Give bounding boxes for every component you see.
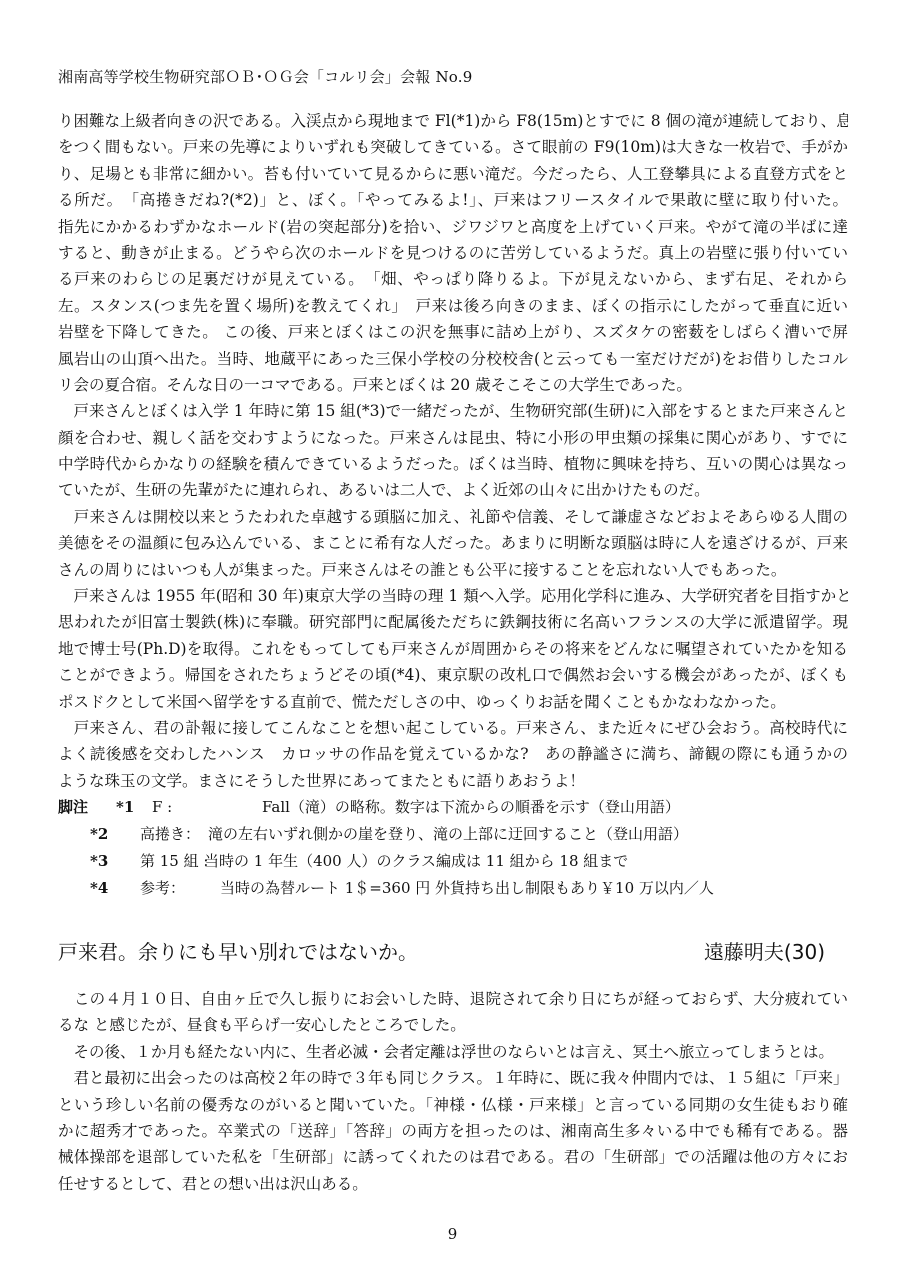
paragraph-line: ことができよう。帰国をされたちょうどその頃(*4)、東京駅の改札口で偶然お会いす… — [58, 662, 848, 688]
footnote-mark: *4 — [90, 875, 140, 902]
footnote-2: *2 高捲き： 滝の左右いずれ側かの崖を登り、滝の上部に迂回すること（登山用語） — [58, 821, 848, 848]
newsletter-page: 湘南高等学校生物研究部ＯＢ･ＯＧ会「コルリ会」会報 No.9 り困難な上級者向き… — [0, 0, 905, 1280]
footnote-3: *3 第 15 組 : 当時の 1 年生（400 人）のクラス編成は 11 組か… — [58, 848, 848, 875]
footnote-text: 当時の為替ルート 1＄=360 円 外貨持ち出し制限もあり￥10 万以内／人 — [220, 875, 714, 902]
paragraph-line: すると、動きが止まる。どうやら次のホールドを見つけるのに苦労しているようだ。真上… — [58, 240, 848, 266]
footnote-term: F : — [152, 794, 262, 821]
paragraph-line: 地で博士号(Ph.D)を取得。これをもってしても戸来さんが周囲からその将来をどん… — [58, 636, 848, 662]
page-number: 9 — [0, 1225, 905, 1243]
paragraph-line: り、足場とも非常に細かい。苔も付いていて見るからに悪い滝だ。今だったら、人工登攀… — [58, 161, 848, 187]
footnote-text: Fall（滝）の略称。数字は下流からの順番を示す（登山用語） — [262, 794, 680, 821]
article-heading: 戸来君。余りにも早い別れではないか。 遠藤明夫(30) — [58, 937, 825, 967]
paragraph-line: をつく間もない。戸来の先導によりいずれも突破してきている。さて眼前の F9(10… — [58, 134, 848, 160]
paragraph-line: 美徳をその温顔に包み込んでいる、まことに希有な人だった。あまりに明断な頭脳は時に… — [58, 530, 848, 556]
paragraph-line: 戸来さん、君の訃報に接してこんなことを想い起こしている。戸来さん、また近々にぜひ… — [58, 715, 848, 741]
paragraph-line: 戸来さんは 1955 年(昭和 30 年)東京大学の当時の理 1 類へ入学。応用… — [58, 583, 848, 609]
paragraph-line: リ会の夏合宿。そんな日の一コマである。戸来とぼくは 20 歳そこそこの大学生であ… — [58, 372, 848, 398]
paragraph-line: る所だ。 「高捲きだね?(*2)」と、ぼく。「やってみるよ!」、戸来はフリースタ… — [58, 187, 848, 213]
footnote-mark: *3 — [90, 848, 140, 875]
footnote-mark: *1 — [116, 794, 152, 821]
footnote-text: 当時の 1 年生（400 人）のクラス編成は 11 組から 18 組まで — [204, 848, 628, 875]
footnote-text: 滝の左右いずれ側かの崖を登り、滝の上部に迂回すること（登山用語） — [208, 821, 688, 848]
paragraph-line: かに超秀才であった。卒業式の「送辞」「答辞」の両方を担ったのは、湘南高生多々いる… — [58, 1118, 848, 1144]
newsletter-header: 湘南高等学校生物研究部ＯＢ･ＯＧ会「コルリ会」会報 No.9 — [58, 66, 472, 87]
paragraph-line: 思われたが旧富士製鉄(株)に奉職。研究部門に配属後ただちに鉄鋼技術に名高いフラン… — [58, 609, 848, 635]
paragraph-line: り困難な上級者向きの沢である。入渓点から現地まで Fl(*1)から F8(15m… — [58, 108, 848, 134]
paragraph-line: という珍しい名前の優秀なのがいると聞いていた。「神様・仏様・戸来様」と言っている… — [58, 1092, 848, 1118]
paragraph-line: この４月１０日、自由ヶ丘で久し振りにお会いした時、退院されて余り日にちが経ってお… — [58, 986, 848, 1012]
paragraph-line: 顔を合わせ、親しく話を交わすようになった。戸来さんは昆虫、特に小形の甲虫類の採集… — [58, 425, 848, 451]
paragraph-line: 岩壁を下降してきた。 この後、戸来とぼくはこの沢を無事に詰め上がり、スズタケの密… — [58, 319, 848, 345]
paragraph-line: 械体操部を退部していた私を「生研部」に誘ってくれたのは君である。君の「生研部」で… — [58, 1144, 848, 1170]
paragraph-line: ポスドクとして米国へ留学をする直前で、慌ただしさの中、ゆっくりお話を聞くこともか… — [58, 689, 848, 715]
paragraph-line: るな と感じたが、昼食も平らげ一安心したところでした。 — [58, 1012, 848, 1038]
paragraph-line: 風岩山の山頂へ出た。当時、地蔵平にあった三保小学校の分校校舎(と云っても一室だけ… — [58, 346, 848, 372]
footnote-4: *4 参考： 当時の為替ルート 1＄=360 円 外貨持ち出し制限もあり￥10 … — [58, 875, 848, 902]
paragraph-line: 戸来さんとぼくは入学 1 年時に第 15 組(*3)で一緒だったが、生物研究部(… — [58, 398, 848, 424]
paragraph-line: ていたが、生研の先輩がたに連れられ、あるいは二人で、よく近郊の山々に出かけたもの… — [58, 477, 848, 503]
footnotes: 脚注 *1 F : Fall（滝）の略称。数字は下流からの順番を示す（登山用語）… — [58, 794, 848, 902]
paragraph-line: 中学時代からかなりの経験を積んできているようだった。ぼくは当時、植物に興味を持ち… — [58, 451, 848, 477]
article-memorial-1: り困難な上級者向きの沢である。入渓点から現地まで Fl(*1)から F8(15m… — [58, 108, 848, 902]
article-memorial-2: この４月１０日、自由ヶ丘で久し振りにお会いした時、退院されて余り日にちが経ってお… — [58, 986, 848, 1197]
paragraph-line: 戸来さんは開校以来とうたわれた卓越する頭脳に加え、礼節や信義、そして謙虚さなどお… — [58, 504, 848, 530]
footnote-term: 第 15 組 : — [140, 848, 204, 875]
paragraph-line: 左。スタンス(つま先を置く場所)を教えてくれ」 戸来は後ろ向きのまま、ぼくの指示… — [58, 293, 848, 319]
article-title: 戸来君。余りにも早い別れではないか。 — [58, 937, 418, 967]
paragraph-line: よく読後感を交わしたハンス カロッサの作品を覚えているかな? あの静謐さに満ち、… — [58, 741, 848, 767]
paragraph-line: 任せするとして、君との想い出は沢山ある。 — [58, 1171, 848, 1197]
paragraph-line: さんの周りにはいつも人が集まった。戸来さんはその誰とも公平に接することを忘れない… — [58, 557, 848, 583]
paragraph-line: 指先にかかるわずかなホールド(岩の突起部分)を拾い、ジワジワと高度を上げていく戸… — [58, 214, 848, 240]
paragraph-line: ような珠玉の文学。まさにそうした世界にあってまたともに語りあおうよ！ — [58, 768, 848, 794]
paragraph-line: 君と最初に出会ったのは高校２年の時で３年も同じクラス。１年時に、既に我々仲間内で… — [58, 1065, 848, 1091]
footnote-mark: *2 — [90, 821, 140, 848]
footnote-term: 高捲き： — [140, 821, 208, 848]
paragraph-line: その後、１か月も経たない内に、生者必滅・会者定離は浮世のならいとは言え、冥土へ旅… — [58, 1039, 848, 1065]
footnote-term: 参考： — [140, 875, 220, 902]
footnote-1: 脚注 *1 F : Fall（滝）の略称。数字は下流からの順番を示す（登山用語） — [58, 794, 848, 821]
footnote-lead-label: 脚注 — [58, 794, 116, 821]
paragraph-line: る戸来のわらじの足裏だけが見えている。 「畑、やっぱり降りるよ。下が見えないから… — [58, 266, 848, 292]
article-author: 遠藤明夫(30) — [704, 937, 825, 967]
